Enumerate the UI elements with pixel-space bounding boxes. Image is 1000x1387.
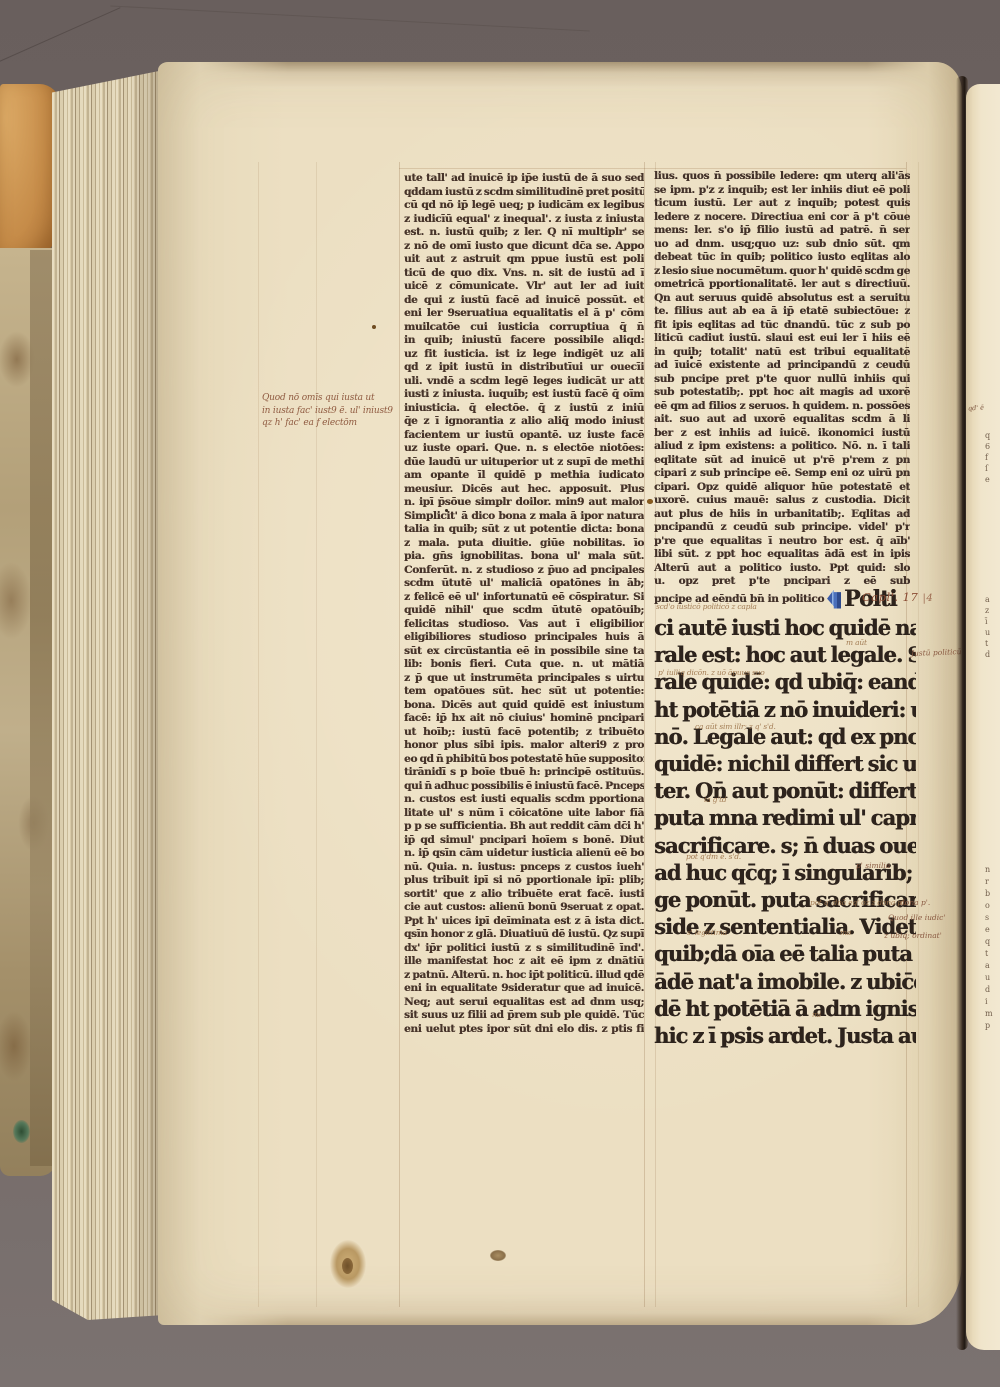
manuscript-text-line: sūt ex circūstantia eē in possibile sine… (404, 645, 644, 659)
manuscript-text-line: iusti z iniusta. iuquib; est iustū facē … (404, 388, 644, 402)
margin-gloss-line: qz h' fac' ea f electōm (262, 417, 430, 430)
manuscript-text-line: n. custos est iusti equalis scdm pportio… (404, 793, 644, 807)
next-page-text-fragment: q 6 f ſ e (985, 430, 1000, 485)
manuscript-text-line: eo qd n̄ phibitū bos potestatē hūe suppo… (404, 753, 644, 767)
manuscript-text-line: z p̄ que ut instrumēta principales s uir… (404, 672, 644, 686)
interlinear-gloss: s' legittima (687, 928, 727, 937)
manuscript-text-line: ip̄ qd simul' pncipari hoīem s bonē. Diu… (404, 834, 644, 848)
manuscript-text-line: ut hoīb;: iustū facē potentib; z tribuēt… (404, 726, 644, 740)
manuscript-text-line: est. n. iustū quib; z ler. Q̄ nī multipl… (404, 226, 644, 240)
manuscript-text-line: sortit' que z alio tribuēte erat facē. i… (404, 888, 644, 902)
manuscript-text-line: uli. vndē a scdm legē leges iudicāt ur a… (404, 375, 644, 389)
manuscript-text-line: te. filius aut ab ea ā ip̄ etatē subiect… (654, 305, 910, 319)
parchment-speck (372, 325, 376, 329)
right-text-column-large-lemma: ci autē iusti hoc quidē naturale est: ho… (654, 614, 916, 1049)
manuscript-text-line: aut plus de hiis in urbanitatib;. Eqlita… (654, 508, 910, 522)
photograph-of-open-manuscript: ute tall' ad inuicē ip ip̄e iustū de ā s… (0, 0, 1000, 1387)
manuscript-text-line: uicē z cōmunicate. Vlr' aut ler ad iuit (404, 280, 644, 294)
manuscript-text-line: ute tall' ad inuicē ip ip̄e iustū de ā s… (404, 172, 644, 186)
manuscript-text-line: sub potestatib;. ppt hoc ait magis ad ux… (654, 386, 910, 400)
manuscript-text-line: quidē nihil' que scdm ūtutē opatōuib; (404, 604, 644, 618)
manuscript-text-line: qui n̄ adhuc possibilis ē iniustū facē. … (404, 780, 644, 794)
manuscript-text-line: Simplicit' ā dico bona z mala ā ipor nat… (404, 510, 644, 524)
parchment-speck (445, 509, 448, 512)
interlinear-gloss: m aūt (846, 638, 867, 647)
lemma-text-line: nō. Legale aut: qd ex pncipio (654, 723, 916, 750)
manuscript-text-line: mens: ler. s'o ip̄ filio iustū ad patrē.… (654, 224, 910, 238)
lemma-text-line: hic z ī psis ardet. Justa aut mo (654, 1022, 916, 1049)
ruling-line (316, 162, 317, 1307)
manuscript-text-line: libi sūt. z ppt hoc equalitas ādā est in… (654, 548, 910, 562)
manuscript-text-line: p p se sufficientia. Bh aut reddit cām d… (404, 820, 644, 834)
manuscript-text-line: tirānidī s p boīe tbuē h: principē ostit… (404, 766, 644, 780)
lemma-text-line: ādē nat'a imobile. z ubic̄q ean (654, 968, 916, 995)
lemma-text-line: ci autē iusti hoc quidē natu (654, 614, 916, 641)
right-text-column-small: lius. quos n̄ possibile ledere: qm uterq… (654, 170, 910, 589)
manuscript-text-line: iniusticia. q̄ electōe. q̄ z iustū z ini… (404, 402, 644, 416)
manuscript-text-line: ille manifestat hoc z ait eē ipm z dnāti… (404, 955, 644, 969)
manuscript-text-line: se ipm. p'z z inquib; est ler inhiis diu… (654, 184, 910, 198)
interlinear-gloss: ma (840, 928, 851, 937)
manuscript-text-line: eni uelut ptes ipor sūt dni elo dis. z p… (404, 1023, 644, 1037)
manuscript-text-line: facē: ip̄ hx ait nō ciuius' hominē pncip… (404, 712, 644, 726)
manuscript-text-line: ber z est inhiis ad iuicē. ikonomici ius… (654, 427, 910, 441)
manuscript-text-line: z lesio siue nocumētum. quor h' quidē sc… (654, 265, 910, 279)
manuscript-text-line: meusiur. Dicēs aut hec. apposuit. Plus (404, 483, 644, 497)
manuscript-text-line: eni ler 9seruatiua equalitatis el ā p' c… (404, 307, 644, 321)
manuscript-text-line: Neq; aut serui equalitas est ad dnm usq; (404, 996, 644, 1010)
interlinear-gloss: pot q'dm ē. s'd. (686, 852, 741, 861)
manuscript-text-line: fit ipis eqlitas ad tūc dnandū. tūc z su… (654, 319, 910, 333)
manuscript-text-line: uit aut z astruit qm ppue iustū est poli (404, 253, 644, 267)
manuscript-text-line: ticū de quo dix. Vns. n. sit de iustū ad… (404, 267, 644, 281)
lemma-text-line: ht potētiā z nō inuideri: uel (654, 696, 916, 723)
manuscript-text-line: nū. Quia. n. iustus: pnceps z custos iue… (404, 861, 644, 875)
manuscript-text-line: eē qm ad filios z seruos. h quidem. n. p… (654, 400, 910, 414)
lemma-text-line: rale est: hoc aut legale. Statu (654, 641, 916, 668)
manuscript-text-line: uz fit iusticia. ist iz lege indigēt uz … (404, 348, 644, 362)
manuscript-text-line: cipari z sub principe eē. Semp eni oz ui… (654, 467, 910, 481)
manuscript-text-line: de qui z iustū facē ad inuicē possūt. et (404, 294, 644, 308)
manuscript-text-line: cipari. Opz quidē aliquor hūe potestatē … (654, 481, 910, 495)
backdrop-crease (0, 7, 120, 62)
manuscript-text-line: Q̄n aut seruus quidē absolutus est a ser… (654, 292, 910, 306)
manuscript-text-line: dūe laudū ur uituperior ut z supī de met… (404, 456, 644, 470)
manuscript-text-line: cie aut custos: alienū bonū 9seruat z op… (404, 901, 644, 915)
manuscript-text-line: ometricā pportionalitatē. ler aut s dire… (654, 278, 910, 292)
manuscript-text-line: sit suus uz filii ad p̄rem sub ple quidē… (404, 1009, 644, 1023)
manuscript-text-line: uo ad dnm. usq;quo uz: sub dnio sūt. qm (654, 238, 910, 252)
right-margin-note: p' similia (856, 861, 890, 870)
manuscript-text-line: uz iuste opari. Que. n. s electōe niotōe… (404, 442, 644, 456)
manuscript-text-line: am opante īl quidē p methia iudicato (404, 469, 644, 483)
backdrop-crease (110, 5, 589, 31)
manuscript-text-line: felicitas studioso. Vas aut ī eligibilio… (404, 618, 644, 632)
manuscript-text-line: plus tribuit ipī si nō pportionale ipī: … (404, 874, 644, 888)
parchment-hole (647, 499, 653, 504)
manuscript-text-line: n. ipī p̄sōue simplr doilor. min9 aut ma… (404, 496, 644, 510)
manuscript-text-line: Alterū aut a politico iusto. Ppt quid: s… (654, 562, 910, 576)
interlinear-gloss: p' iulliq dicōn. z uō āpuus suo (658, 668, 765, 677)
manuscript-text-line: muilcatōe cui iusticia corruptiua q̄ n̄ (404, 321, 644, 335)
manuscript-text-line: honor plus sibi ipis. malor alteri9 z pr… (404, 739, 644, 753)
interlinear-gloss: ia g'td (704, 795, 727, 804)
manuscript-text-line: debeat tūc in quib; politico iusto eqlit… (654, 251, 910, 265)
right-margin-note: z ubiq; ordinat' (884, 931, 942, 940)
manuscript-page: ute tall' ad inuicē ip ip̄e iustū de ā s… (158, 62, 962, 1325)
manuscript-text-line: in quib; iniustū facere possibile aliqd: (404, 334, 644, 348)
ruling-line (918, 162, 919, 1307)
manuscript-text-line: eqlitate sūt ad inuicē ut p'rē p'rem z p… (654, 454, 910, 468)
manuscript-text-line: qd z ipit iustū in distributīui ur ouecī… (404, 361, 644, 375)
next-page-text-fragment: n r b o s e q t a u d i m p (985, 864, 1000, 1032)
chapter-number-rubric: Capl'. 17 |4 (862, 590, 933, 604)
manuscript-text-line: ledere z nocere. Directiua eni cor ā p't… (654, 211, 910, 225)
manuscript-text-line: sub pncipe pret p'te quor nullū inhiis q… (654, 373, 910, 387)
manuscript-text-line: talia in quib; sūt z ut potentie dicta: … (404, 523, 644, 537)
manuscript-text-line: tem opatōues sūt. hec sūt ut potentie: (404, 685, 644, 699)
blue-paraph-mark-icon (827, 590, 841, 609)
right-margin-note: Quod ille iudic' (888, 913, 945, 922)
manuscript-text-line: lib: bonis fieri. Cuta que. n. ut mātiā (404, 658, 644, 672)
manuscript-text-line: aliud z ipm existens: a politico. Nō. n.… (654, 440, 910, 454)
next-page-edge: q 6 f ſ e a z ī u t d n r b o s e q t a … (966, 84, 1000, 1350)
bottom-stain-core (342, 1258, 353, 1274)
manuscript-text-line: scdm ūtutē ul' maliciā opatōnes in āb; (404, 577, 644, 591)
manuscript-text-line: eligibiliores studioso principales huis … (404, 631, 644, 645)
lemma-text-line: quib;dā oīa eē talia puta qd (654, 940, 916, 967)
manuscript-text-line: eni in equalitate 9sideratur que ad inui… (404, 982, 644, 996)
manuscript-text-line: z felicē eē ul' infortunatū eē cōspiratu… (404, 591, 644, 605)
manuscript-text-line: bona. Dicēs aut quid quidē est iniustum (404, 699, 644, 713)
green-stain (13, 1120, 30, 1143)
manuscript-text-line: qddam iustū z scdm similitudinē pret pos… (404, 186, 644, 200)
margin-gloss-line: in iusta fac' iust9 ē. ul' iniust9 (262, 405, 430, 418)
interlinear-gloss: ca aūt sim illr; z q' s'd. (695, 722, 776, 731)
ruling-line (399, 162, 400, 1307)
manuscript-text-line: dx' ip̄r politici iustū z s similitudinē… (404, 942, 644, 956)
manuscript-text-line: pia. gn̄s ignobilitas. bona ul' mala sūt… (404, 550, 644, 564)
interlinear-gloss: mi (812, 1010, 821, 1019)
right-margin-note: Justū politicū (911, 647, 962, 658)
manuscript-text-line: z iudicīū equal' z inequal'. z iusta z i… (404, 213, 644, 227)
ruling-line (644, 162, 645, 1307)
manuscript-text-line: q̄e z ī ignorantia z alio aliq̄ modo ini… (404, 415, 644, 429)
next-page-text-fragment: a z ī u t d (985, 594, 1000, 660)
manuscript-text-line: z patnū. Alterū. n. hoc ip̄t politicū. i… (404, 969, 644, 983)
manuscript-text-line: z mala. puta diuitie. giūe nobilitas. īo (404, 537, 644, 551)
manuscript-text-line: n. ip̄ qsīn cām uidetur iusticia alienū … (404, 847, 644, 861)
parchment-speck (690, 356, 693, 359)
manuscript-text-line: qsīn honor z glā. Diuatiuū dē iustū. Qz … (404, 928, 644, 942)
manuscript-text-line: uxorē. cuius mauē: salus z custodia. Dic… (654, 494, 910, 508)
manuscript-text-line: lius. quos n̄ possibile ledere: qm uterq… (654, 170, 910, 184)
lemma-text-line: dē ht potētiā ā adm ignis z (654, 995, 916, 1022)
chapter-label-extra: |4 (922, 593, 933, 604)
manuscript-text-line: p're que equalitas ī neutro bor est. q̄ … (654, 535, 910, 549)
next-page-margin-note-fragment: qd' ē (968, 403, 985, 412)
parchment-flaw (490, 1250, 506, 1261)
ruling-line (258, 162, 259, 1307)
lemma-text-line: ter. Qn̄ aut ponūt: differt. (654, 777, 916, 804)
manuscript-text-line: z nō de omī iusto que dicunt dc̄a se. Ap… (404, 240, 644, 254)
chapter-label: Capl'. 17 (862, 590, 918, 604)
spine-shadow-strip (30, 250, 54, 1166)
leather-binding-corner (0, 84, 60, 270)
interlinear-gloss: scd'o iusticō politicō z capla (656, 602, 757, 611)
lemma-text-line: quidē: nichil differt sic ul'ali (654, 750, 916, 777)
ruling-line-horizontal (399, 168, 906, 169)
manuscript-text-line: liticū cadiut iustū. slaui est eui ler ī… (654, 332, 910, 346)
manuscript-text-line: litate ul' s nūm ī cōicatōne uite labor … (404, 807, 644, 821)
manuscript-text-line: ait. suo aut ad uxorē equalitas scdm ā l… (654, 413, 910, 427)
manuscript-text-line: pncipandū z ceudū sub principe. videl' p… (654, 521, 910, 535)
left-text-column: ute tall' ad inuicē ip ip̄e iustū de ā s… (404, 172, 644, 1036)
page-edge-stack (52, 70, 164, 1320)
manuscript-text-line: ad īuicē existente ad principandū z ceud… (654, 359, 910, 373)
manuscript-text-line: facientem ur iustū opantē. uz iuste facē (404, 429, 644, 443)
manuscript-text-line: Ppt h' uices ipī deīminata est z ā ista … (404, 915, 644, 929)
interlinear-gloss: pot q' dnā eq' oz z dona p'. (810, 898, 906, 907)
manuscript-text-line: ticum iustū. Ler aut z inquib; potest qu… (654, 197, 910, 211)
left-margin-gloss: Quod nō omīs qui iusta utin iusta fac' i… (262, 392, 430, 430)
manuscript-text-line: Conferūt. n. z studioso z p̄uo ad pncipa… (404, 564, 644, 578)
manuscript-text-line: cū qd nō ip̄ legē ueq; p iudicām ex legi… (404, 199, 644, 213)
margin-gloss-line: Quod nō omīs qui iusta ut (262, 392, 430, 405)
lemma-text-line: puta mna redimi ul' caprā (654, 804, 916, 831)
